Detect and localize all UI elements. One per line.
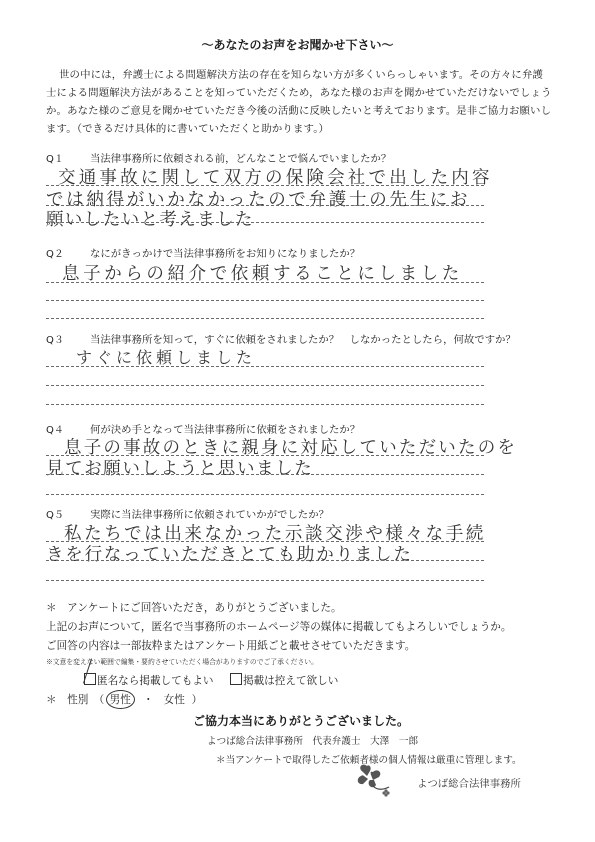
option-anonymous-ok[interactable]: 匿名なら掲載してもよい <box>84 673 214 688</box>
answer-line <box>46 580 484 581</box>
answer-3-line-1: すぐに依頼しました <box>76 345 256 368</box>
footer-thanks: ご協力本当にありがとうございました。 <box>193 712 409 729</box>
page-title: ～あなたのお声をお聞かせ下さい～ <box>0 36 595 53</box>
option-label: 匿名なら掲載してもよい <box>97 675 214 687</box>
survey-thanks-note: ＊ アンケートにご回答いただき，ありがとうございました。 <box>46 600 342 615</box>
content-note: ご回答の内容は一部抜粋またはアンケート用紙ごと載せさせていただきます。 <box>46 638 415 653</box>
answer-4-line-2: 見てお願いしようと思いました <box>46 455 313 480</box>
question-number: Q１ <box>46 150 90 165</box>
gender-separator: ・ <box>143 694 154 706</box>
gender-label: ＊ 性別 （ <box>46 694 104 706</box>
edit-note: ※文意を変えない範囲で編集・要約させていただく場合がありますのでご了承ください。 <box>46 656 318 666</box>
checkbox-checked-icon[interactable] <box>84 673 96 685</box>
question-2: Q２なにがきっかけで当法律事務所をお知りになりましたか？ <box>46 245 360 260</box>
question-number: Q２ <box>46 245 90 260</box>
checkbox-empty-icon[interactable] <box>230 673 242 685</box>
question-number: Q３ <box>46 331 90 346</box>
question-1: Q１当法律事務所に依頼される前，どんなことで悩んでいましたか？ <box>46 150 391 165</box>
answer-5-line-2: きを行なっていただきとても助かりました <box>46 541 413 566</box>
answer-line <box>46 474 484 475</box>
answer-line <box>46 300 484 301</box>
gender-female[interactable]: 女性 <box>164 694 185 706</box>
four-leaf-clover-icon <box>355 762 405 802</box>
intro-paragraph: 世の中には，弁護士による問題解決方法の存在を知らない方が多くいらっしゃいます。そ… <box>46 66 552 138</box>
gender-suffix: ） <box>192 694 203 706</box>
publish-question: 上記のお声について，匿名で当事務所のホームページ等の媒体に掲載してもよろしいでし… <box>46 619 512 634</box>
gender-male-circled[interactable]: 男性 <box>106 690 135 709</box>
answer-line <box>46 222 484 223</box>
footer-representative: よつば総合法律事務所 代表弁護士 大澤 一郎 <box>207 733 418 747</box>
gender-field: ＊ 性別 （ 男性 ・ 女性 ） <box>46 692 202 707</box>
question-5: Q５実際に当法律事務所に依頼されていかがでしたか？ <box>46 506 329 521</box>
answer-line <box>46 385 484 386</box>
answer-line <box>46 494 484 495</box>
question-text: なにがきっかけで当法律事務所をお知りになりましたか？ <box>90 248 360 260</box>
answer-1-line-3: 願いしたいと考えました <box>46 206 254 231</box>
answer-line <box>46 366 484 367</box>
option-label: 掲載は控えて欲しい <box>243 675 338 687</box>
question-number: Q５ <box>46 506 90 521</box>
question-3: Q３当法律事務所を知って，すぐに依頼をされましたか？ しなかったとしたら，何故で… <box>46 331 516 346</box>
option-do-not-publish[interactable]: 掲載は控えて欲しい <box>230 673 338 688</box>
answer-line <box>46 560 484 561</box>
firm-name-logo: よつば総合法律事務所 <box>417 775 521 790</box>
answer-line <box>46 404 484 405</box>
answer-line <box>46 318 484 319</box>
answer-line <box>46 282 484 283</box>
